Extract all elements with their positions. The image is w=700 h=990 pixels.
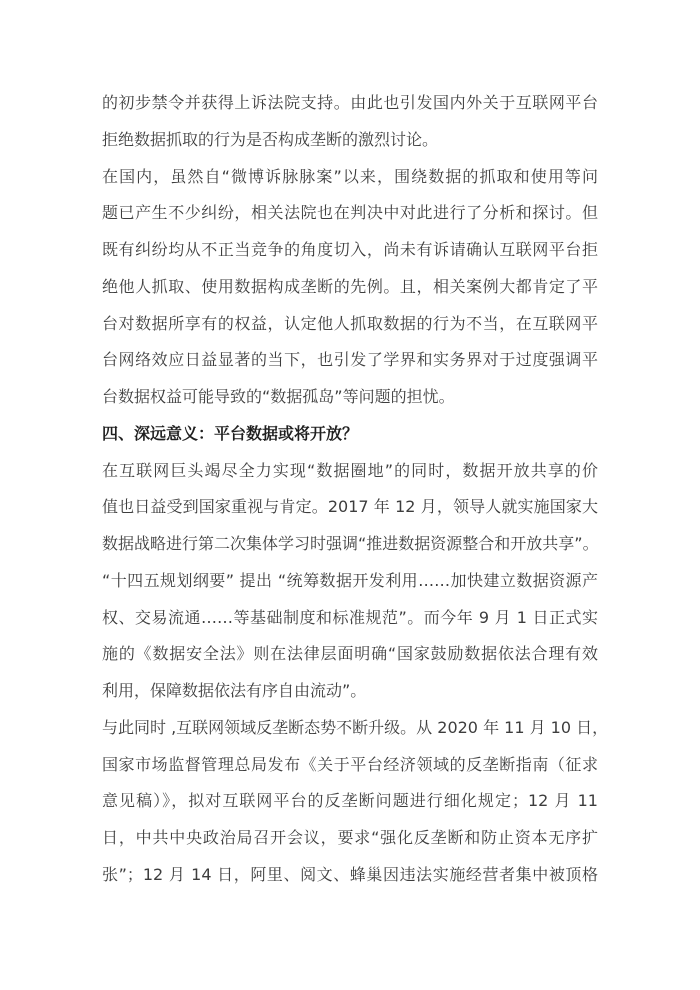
text-line: 数据战略进行第二次集体学习时强调“推进数据资源整合和开放共享”。 — [102, 526, 598, 563]
text-line: 值也日益受到国家重视与肯定。2017 年 12 月，领导人就实施国家大 — [102, 489, 598, 526]
text-line: 既有纠纷均从不正当竞争的角度切入，尚未有诉请确认互联网平台拒 — [102, 232, 598, 269]
section-heading: 四、深远意义：平台数据或将开放？ — [102, 416, 598, 453]
text-line: “十四五规划纲要” 提出 “统筹数据开发利用……加快建立数据资源产 — [102, 563, 598, 600]
text-line: 张”；12 月 14 日，阿里、阅文、蜂巢因违法实施经营者集中被顶格 — [102, 857, 598, 894]
text-line: 台对数据所享有的权益，认定他人抓取数据的行为不当，在互联网平 — [102, 306, 598, 343]
text-line: 施的《数据安全法》则在法律层面明确“国家鼓励数据依法合理有效 — [102, 636, 598, 673]
text-line: 在国内，虽然自“微博诉脉脉案”以来，围绕数据的抓取和使用等问 — [102, 159, 598, 196]
text-line: 权、交易流通……等基础制度和标准规范”。而今年 9 月 1 日正式实 — [102, 600, 598, 637]
text-line: 拒绝数据抓取的行为是否构成垄断的激烈讨论。 — [102, 122, 598, 159]
text-line: 台网络效应日益显著的当下，也引发了学界和实务界对于过度强调平 — [102, 342, 598, 379]
text-line: 的初步禁令并获得上诉法院支持。由此也引发国内外关于互联网平台 — [102, 85, 598, 122]
text-line: 台数据权益可能导致的“数据孤岛”等问题的担忧。 — [102, 379, 598, 416]
text-line: 意见稿）》，拟对互联网平台的反垄断问题进行细化规定；12 月 11 — [102, 783, 598, 820]
text-line: 题已产生不少纠纷，相关法院也在判决中对此进行了分析和探讨。但 — [102, 195, 598, 232]
text-line: 日，中共中央政治局召开会议，要求“强化反垄断和防止资本无序扩 — [102, 820, 598, 857]
text-line: 绝他人抓取、使用数据构成垄断的先例。且，相关案例大都肯定了平 — [102, 269, 598, 306]
document-page: 的初步禁令并获得上诉法院支持。由此也引发国内外关于互联网平台 拒绝数据抓取的行为… — [102, 85, 598, 894]
text-line: 国家市场监督管理总局发布《关于平台经济领域的反垄断指南（征求 — [102, 747, 598, 784]
text-line: 与此同时 ,互联网领域反垄断态势不断升级。从 2020 年 11 月 10 日， — [102, 710, 598, 747]
text-line: 利用，保障数据依法有序自由流动”。 — [102, 673, 598, 710]
text-line: 在互联网巨头竭尽全力实现“数据圈地”的同时，数据开放共享的价 — [102, 453, 598, 490]
